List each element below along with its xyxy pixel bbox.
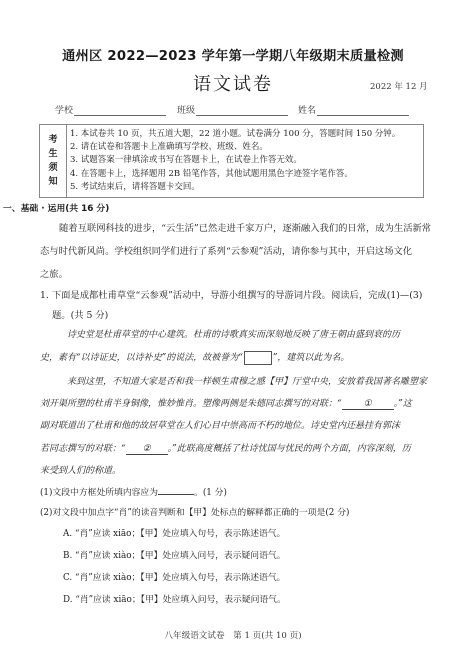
passage-line: 诗史堂是杜甫草堂的中心建筑。杜甫的诗歌真实而深刻地反映了唐王朝由盛到衰的历: [67, 327, 400, 340]
passage-line: 来受到人们的称道。: [40, 463, 121, 476]
option-a[interactable]: A. “肖”应读 xiāo；【甲】处应填入句号，表示陈述语气。: [63, 526, 285, 539]
question-1-stem: 1. 下面是成都杜甫草堂“云参观”活动中，导游小组撰写的导游词片段。阅读后，完成…: [40, 287, 422, 301]
name-field[interactable]: [317, 115, 409, 116]
blank-1[interactable]: ①: [342, 399, 394, 410]
notice-label-char: 知: [48, 175, 57, 189]
passage-text: 史，素有“以诗证史，以诗补史”的说法，故被誉为“: [40, 353, 243, 363]
sub-question-1-score: 。(1 分): [194, 488, 227, 498]
passage-text: 刘开渠所塑的杜甫半身铜像，惟妙惟肖。塑像两侧是朱德同志撰写的对联：“: [40, 399, 342, 409]
blank-2[interactable]: ②: [126, 444, 168, 455]
exam-date: 2022 年 12 月: [370, 80, 428, 92]
notice-item: 4. 在答题卡上，选择题用 2B 铅笔作答，其他试题用黑色字迹签字笔作答。: [70, 168, 400, 181]
answer-blank-box[interactable]: [244, 351, 272, 365]
passage-line: 来到这里，不知道大家是否和我一样顿生肃穆之感【甲】厅堂中央，安放着我国著名雕塑家: [67, 374, 427, 387]
page-footer: 八年级语文试卷 第 1 页(共 10 页): [0, 629, 466, 641]
passage-text: 。”这: [394, 399, 412, 409]
passage-line: 副对联道出了杜甫和他的故居草堂在人们心目中崇高而不朽的地位。诗史堂内还悬挂有郭沫: [40, 418, 400, 431]
notice-label-char: 考: [48, 133, 57, 147]
passage-line: 史，素有“以诗证史，以诗补史”的说法，故被誉为“”，建筑以此为名。: [40, 350, 349, 365]
passage-text: 。”此联高度概括了杜诗忧国与忧民的两个方面，内容深刻，历: [168, 444, 411, 454]
intro-line: 态与时代新风尚。学校组织同学们进行了系列“云参观”活动，请你参与其中，开启这场文…: [40, 243, 412, 257]
option-d[interactable]: D. “肖”应读 xiāo；【甲】处应填入问号，表示疑问语气。: [63, 592, 286, 605]
school-label: 学校: [55, 103, 73, 116]
notice-item: 1. 本试卷共 10 页，共五道大题，22 道小题。试卷满分 100 分，答题时…: [70, 128, 400, 141]
passage-text: ”，建筑以此为名。: [273, 353, 350, 363]
sub-question-1: (1)文段中方框处所填内容应为。(1 分): [40, 484, 227, 498]
option-c[interactable]: C. “肖”应读 xiào；【甲】处应填入句号，表示陈述语气。: [63, 570, 285, 583]
class-label: 班级: [177, 103, 195, 116]
notice-item: 5. 考试结束后，请将答题卡交回。: [70, 181, 400, 194]
sub-question-1-text: (1)文段中方框处所填内容应为: [40, 488, 158, 498]
section-heading: 一、基础 · 运用(共 16 分): [3, 201, 109, 214]
intro-line: 随着互联网科技的进步，“云生活”已然走进千家万户，逐渐融入我们的日常，成为生活新…: [59, 220, 431, 234]
passage-line: 刘开渠所塑的杜甫半身铜像，惟妙惟肖。塑像两侧是朱德同志撰写的对联：“①。”这: [40, 396, 412, 410]
notice-item: 2. 请在试卷和答题卡上准确填写学校、班级、姓名。: [70, 141, 400, 154]
notice-list: 1. 本试卷共 10 页，共五道大题，22 道小题。试卷满分 100 分，答题时…: [70, 128, 400, 194]
sub-question-2-stem: (2)对文段中加点字“肖”的读音判断和【甲】处标点的解释都正确的一项是(2 分): [40, 505, 349, 518]
candidate-notice-box: 考 生 须 知 1. 本试卷共 10 页，共五道大题，22 道小题。试卷满分 1…: [39, 124, 424, 198]
notice-label-char: 生: [48, 147, 57, 161]
school-field[interactable]: [74, 115, 166, 116]
name-label: 姓名: [298, 103, 316, 116]
question-1-stem-cont: 题。(共 5 分): [52, 307, 108, 321]
sub-question-1-blank[interactable]: [158, 484, 194, 495]
passage-text: 若同志撰写的对联：“: [40, 444, 126, 454]
intro-line: 之旅。: [40, 266, 68, 280]
passage-line: 若同志撰写的对联：“②。”此联高度概括了杜诗忧国与忧民的两个方面，内容深刻，历: [40, 441, 411, 455]
exam-title: 通州区 2022—2023 学年第一学期八年级期末质量检测: [0, 45, 466, 64]
notice-label: 考 生 须 知: [40, 125, 67, 197]
notice-item: 3. 试题答案一律填涂或书写在答题卡上，在试卷上作答无效。: [70, 154, 400, 167]
notice-label-char: 须: [48, 161, 57, 175]
option-b[interactable]: B. “肖”应读 xiào；【甲】处应填入问号，表示疑问语气。: [63, 548, 286, 561]
class-field[interactable]: [196, 115, 288, 116]
